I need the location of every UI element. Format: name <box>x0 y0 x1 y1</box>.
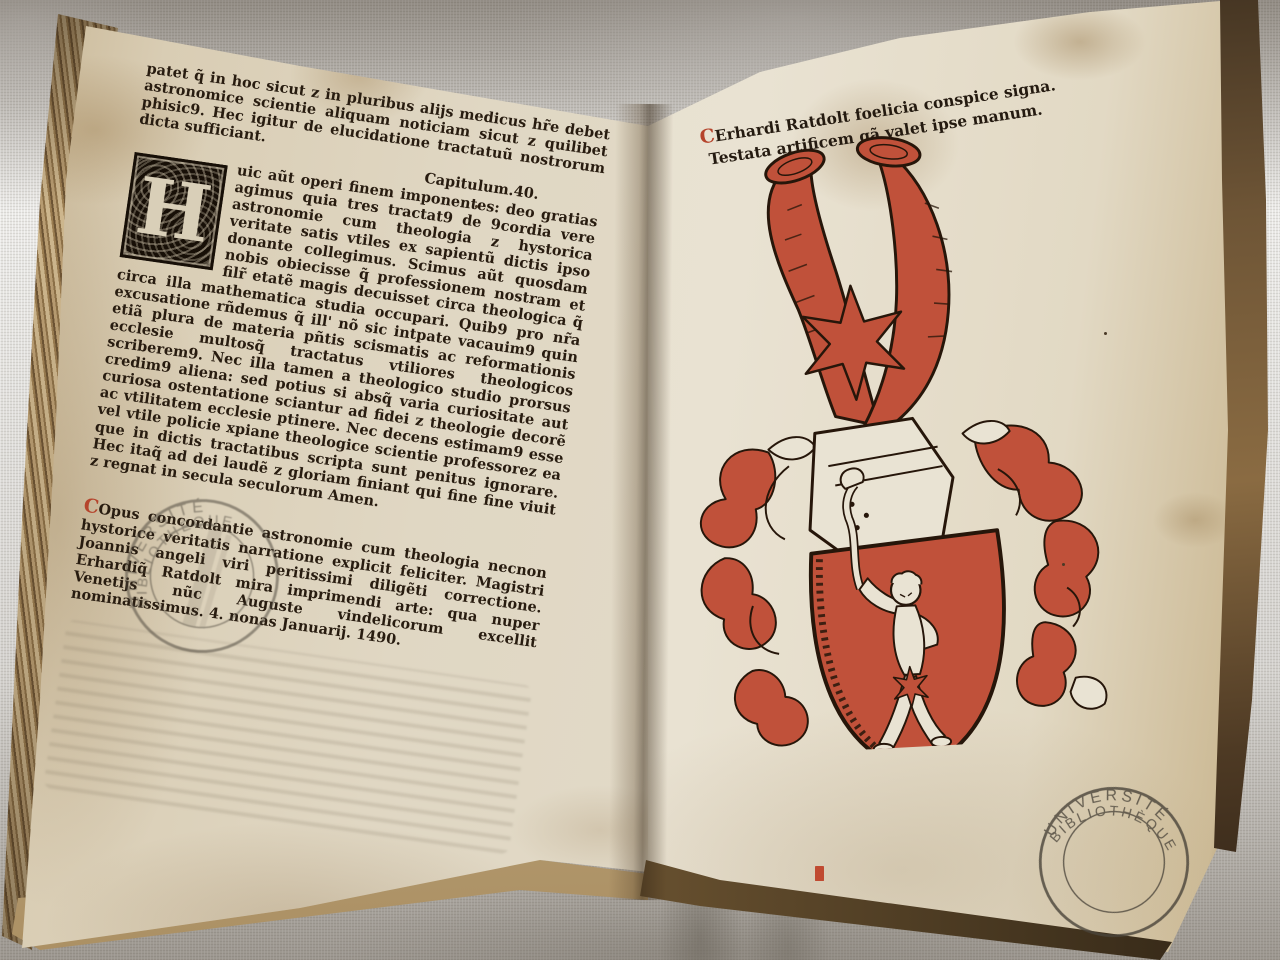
printer-device-icon <box>634 118 1138 760</box>
red-ink-mark <box>815 866 824 881</box>
ink-speck <box>1104 332 1107 335</box>
woodcut-initial-H: H <box>120 152 228 270</box>
book-photo: patet q̃ in hoc sicut z in pluribus alij… <box>0 0 1280 960</box>
ink-speck <box>475 205 478 208</box>
library-stamp-icon: UNIVERSITÉ BIBLIOTHÈQUE <box>1014 762 1213 960</box>
main-paragraph: Huic aũt operi finem imponentes: deo gra… <box>89 147 599 536</box>
ink-speck <box>1062 563 1065 566</box>
